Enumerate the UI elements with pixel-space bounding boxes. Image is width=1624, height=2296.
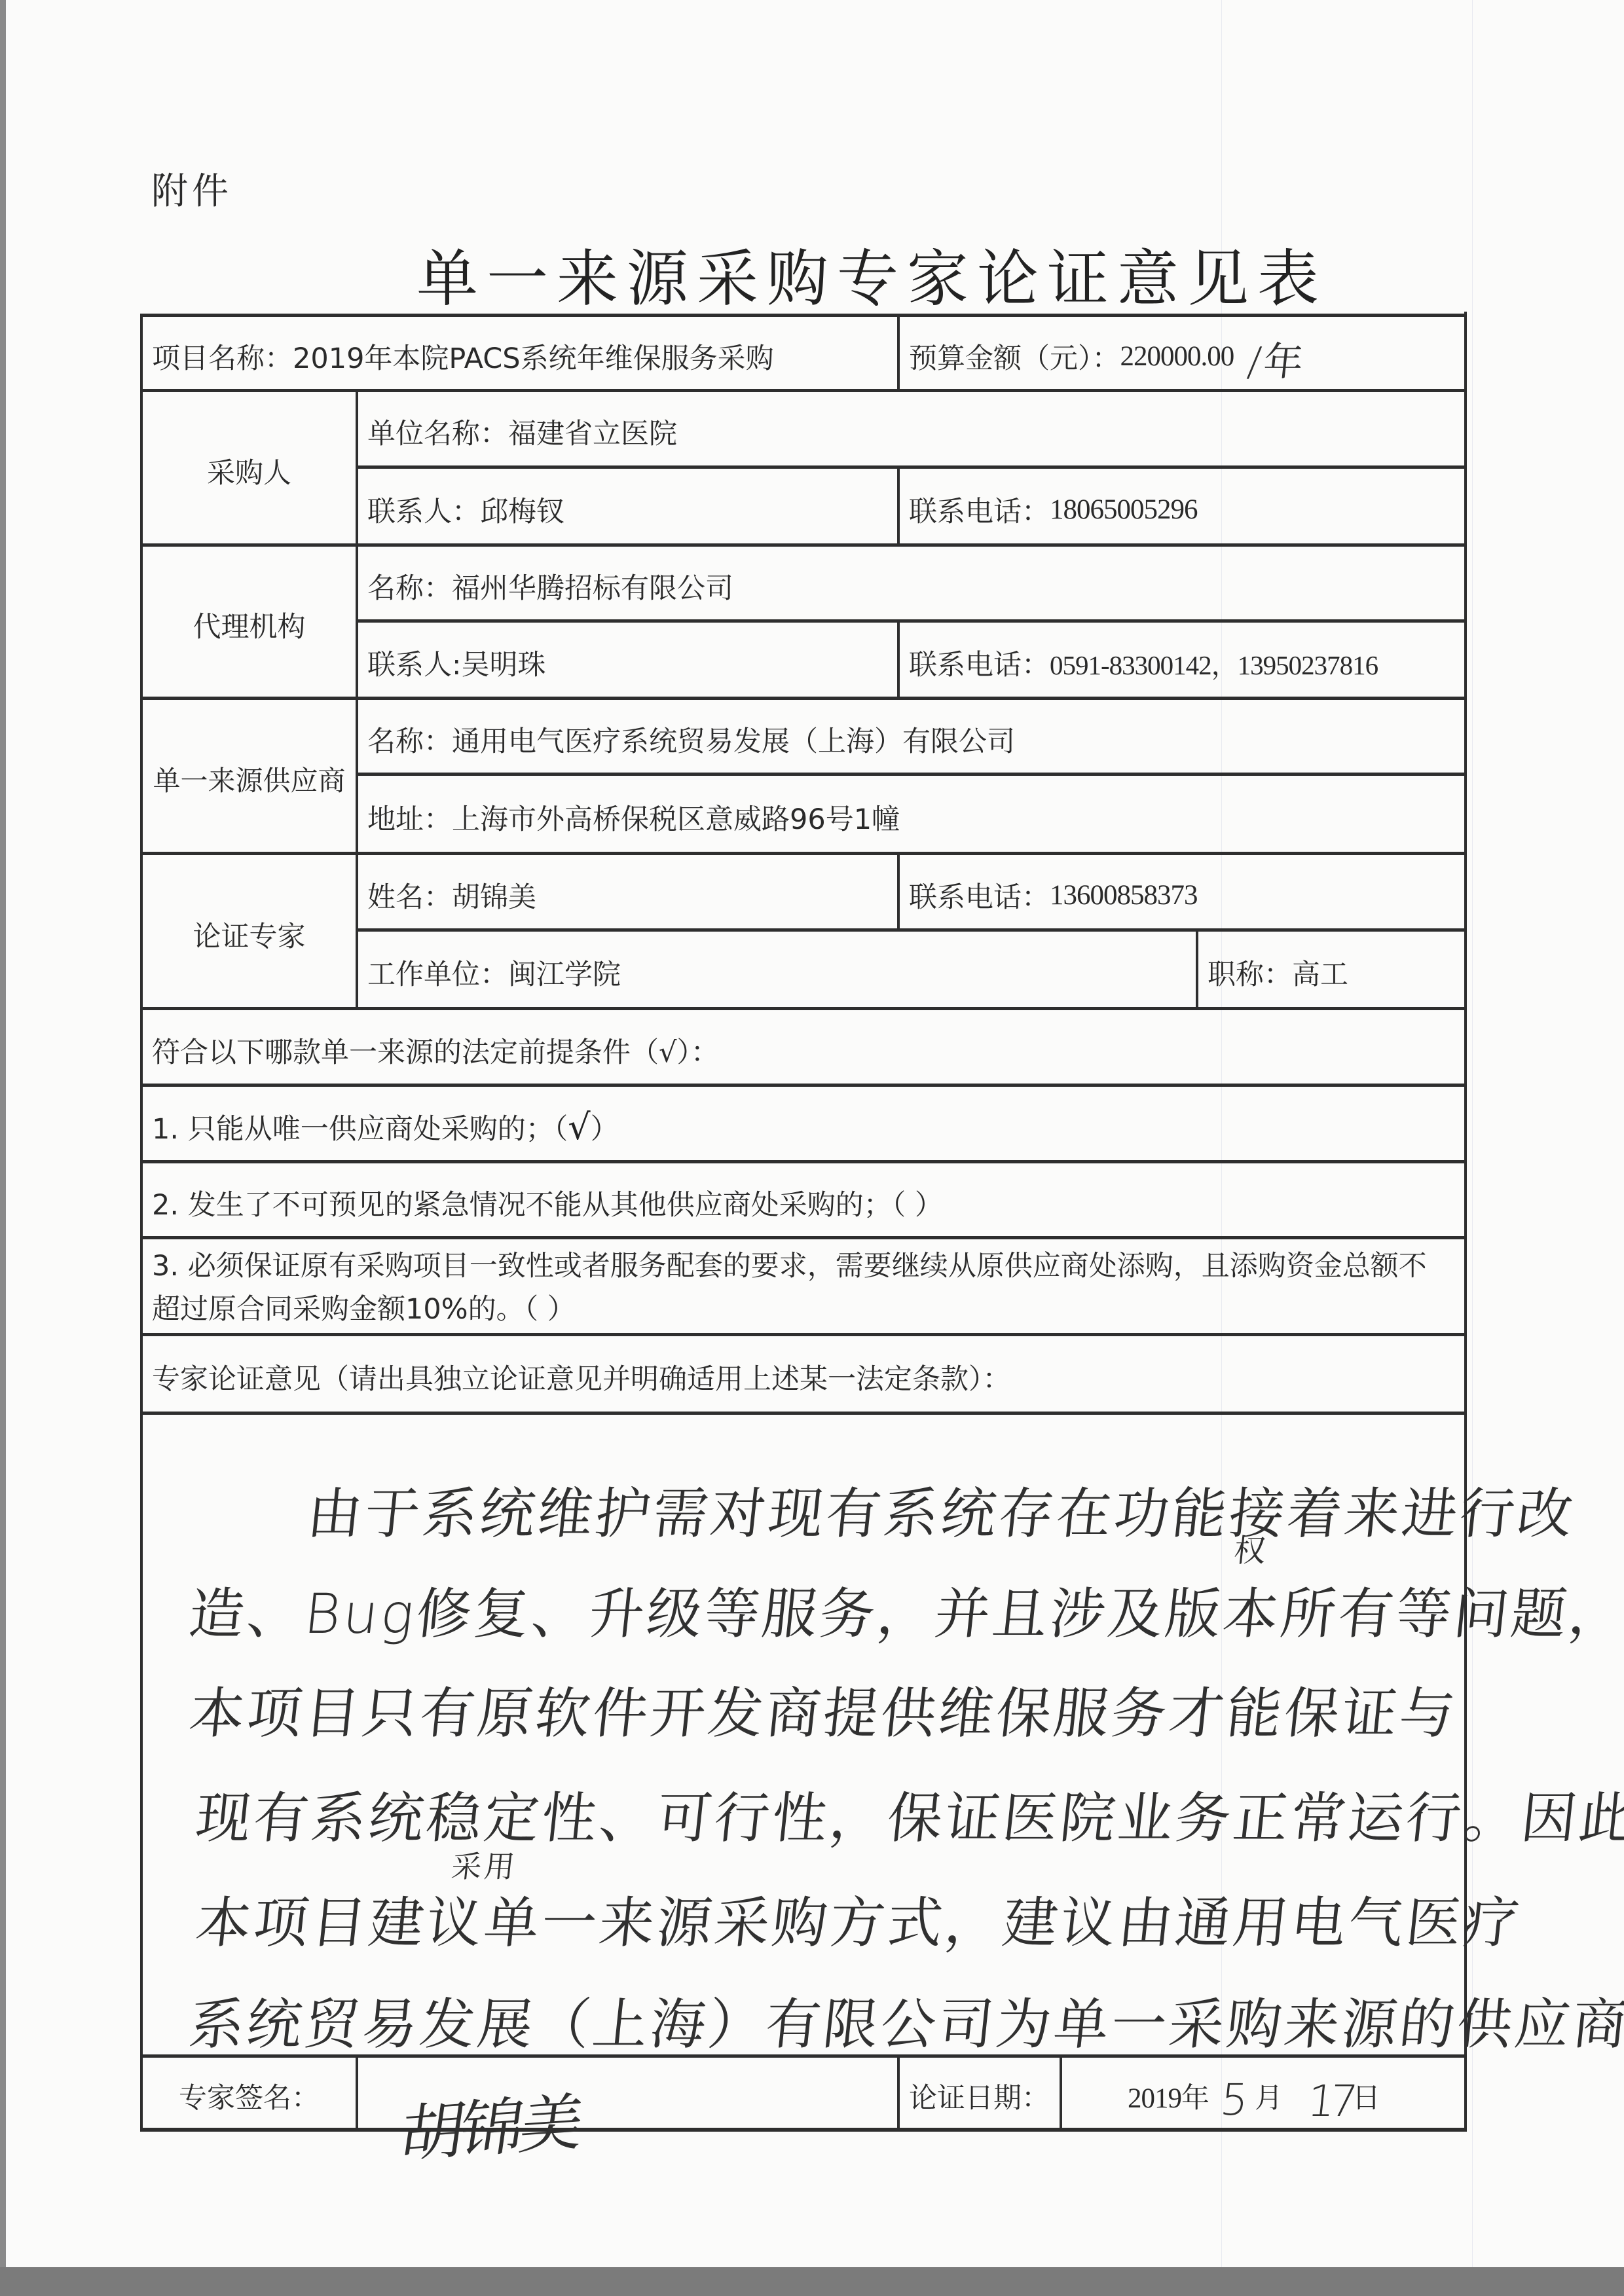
- condition-1-text: 1. 只能从唯一供应商处采购的；（: [152, 1107, 568, 1147]
- checkmark-icon: √: [568, 1106, 590, 1148]
- expert-name-label: 姓名：: [367, 875, 452, 915]
- supplier-address-field: 地址： 上海市外高桥保税区意威路96号1幢: [358, 776, 1464, 852]
- agency-name-field: 名称： 福州华腾招标有限公司: [358, 547, 1464, 619]
- expert-section-label: 论证专家: [143, 855, 356, 1007]
- page-title: 单一来源采购专家论证意见表: [416, 229, 1327, 318]
- attachment-label: 附件: [151, 162, 232, 215]
- condition-item-1: 1. 只能从唯一供应商处采购的；（ √ ）: [143, 1087, 1464, 1160]
- date-label: 论证日期：: [900, 2058, 1060, 2128]
- supplier-name-label: 名称：: [367, 720, 452, 759]
- purchaser-contact-field: 联系人： 邱梅钗: [358, 469, 897, 543]
- signature-label: 专家签名：: [143, 2058, 356, 2128]
- purchaser-phone-field: 联系电话： 18065005296: [900, 469, 1464, 543]
- agency-name-label: 名称：: [367, 566, 452, 606]
- supplier-name-value: 通用电气医疗系统贸易发展（上海）有限公司: [452, 720, 1015, 759]
- handwritten-line: 由于系统维护需对现有系统存在功能接着来进行改: [304, 1470, 1580, 1549]
- handwritten-line: 造、Bug修复、升级等服务，并且涉及版本所有等问题，: [186, 1570, 1624, 1649]
- purchaser-phone-label: 联系电话：: [909, 490, 1050, 530]
- purchaser-phone-value: 18065005296: [1050, 494, 1198, 526]
- expert-title-field: 职称： 高工: [1198, 932, 1464, 1007]
- col-line: [356, 2056, 358, 2129]
- agency-name-value: 福州华腾招标有限公司: [452, 566, 733, 606]
- agency-contact-label: 联系人:: [367, 643, 462, 683]
- purchaser-unit-value: 福建省立医院: [508, 412, 677, 452]
- date-day-label: 日: [1352, 2076, 1380, 2116]
- purchaser-section-label: 采购人: [143, 392, 356, 543]
- expert-name-field: 姓名： 胡锦美: [358, 855, 897, 928]
- agency-phone-field: 联系电话： 0591-83300142，13950237816: [900, 623, 1464, 697]
- conditions-heading: 符合以下哪款单一来源的法定前提条件（√）：: [143, 1010, 1464, 1084]
- row-line: [140, 2128, 1467, 2132]
- agency-phone-value: 0591-83300142，13950237816: [1050, 644, 1378, 682]
- project-name-field: 项目名称： 2019年本院PACS系统年维保服务采购: [143, 317, 897, 389]
- expert-phone-label: 联系电话：: [909, 875, 1050, 915]
- date-year: 2019年: [1128, 2076, 1209, 2116]
- project-name-label: 项目名称：: [152, 337, 293, 376]
- purchaser-unit-label: 单位名称：: [367, 412, 508, 452]
- handwritten-line: 本项目只有原软件开发商提供维保服务才能保证与: [186, 1669, 1462, 1749]
- expert-phone-value: 13600858373: [1050, 879, 1198, 911]
- purchaser-unit-field: 单位名称： 福建省立医院: [358, 392, 1464, 465]
- budget-value: 220000.00: [1120, 340, 1234, 373]
- agency-phone-label: 联系电话：: [909, 643, 1050, 683]
- expert-signature: 胡锦美: [396, 2073, 587, 2175]
- budget-label: 预算金额（元）：: [909, 337, 1120, 376]
- agency-section-label: 代理机构: [143, 547, 356, 697]
- row-line: [140, 1412, 1467, 1415]
- condition-1-close: ）: [591, 1107, 619, 1147]
- expert-title-label: 职称：: [1208, 953, 1292, 993]
- supplier-section-label: 单一来源供应商: [143, 700, 356, 852]
- agency-contact-field: 联系人: 吴明珠: [358, 623, 897, 697]
- date-field: 2019年 5 月 17 日: [1062, 2058, 1464, 2128]
- condition-item-3: 3. 必须保证原有采购项目一致性或者服务配套的要求，需要继续从原供应商处添购，且…: [143, 1239, 1464, 1333]
- supplier-address-label: 地址：: [367, 797, 452, 837]
- opinion-heading: 专家论证意见（请出具独立论证意见并明确适用上述某一法定条款）：: [143, 1336, 1464, 1412]
- condition-item-2: 2. 发生了不可预见的紧急情况不能从其他供应商处采购的；（ ）: [143, 1163, 1464, 1236]
- handwritten-line: 本项目建议单一来源采购方式，建议由通用电气医疗: [193, 1879, 1526, 1958]
- budget-field: 预算金额（元）： 220000.00 /年: [900, 317, 1464, 389]
- expert-workplace-label: 工作单位：: [367, 953, 508, 993]
- project-name-value: 2019年本院PACS系统年维保服务采购: [293, 337, 774, 376]
- expert-workplace-field: 工作单位： 闽江学院: [358, 932, 1196, 1007]
- date-day-handwritten: 17: [1305, 2076, 1355, 2126]
- supplier-name-field: 名称： 通用电气医疗系统贸易发展（上海）有限公司: [358, 700, 1464, 773]
- handwritten-insertion: 采用: [450, 1843, 520, 1886]
- agency-contact-value: 吴明珠: [462, 643, 546, 683]
- purchaser-contact-value: 邱梅钗: [480, 490, 564, 530]
- handwritten-insertion: 权: [1232, 1525, 1270, 1571]
- expert-name-value: 胡锦美: [452, 875, 536, 915]
- table-border-right: [1464, 312, 1467, 2128]
- expert-title-value: 高工: [1292, 953, 1348, 993]
- date-month-handwritten: 5: [1218, 2075, 1253, 2125]
- scan-edge-bottom: [0, 2267, 1624, 2296]
- budget-per-year-handwritten: /年: [1246, 331, 1309, 387]
- purchaser-contact-label: 联系人：: [367, 490, 480, 530]
- handwritten-line: 系统贸易发展（上海）有限公司为单一采购来源的供应商。: [186, 1980, 1624, 2060]
- date-month-label: 月: [1255, 2076, 1283, 2116]
- handwritten-line: 现有系统稳定性、可行性，保证医院业务正常运行。因此，: [193, 1774, 1624, 1853]
- supplier-address-value: 上海市外高桥保税区意威路96号1幢: [452, 797, 900, 837]
- scan-edge-left: [0, 0, 6, 2296]
- expert-workplace-value: 闽江学院: [508, 953, 621, 993]
- expert-phone-field: 联系电话： 13600858373: [900, 855, 1464, 928]
